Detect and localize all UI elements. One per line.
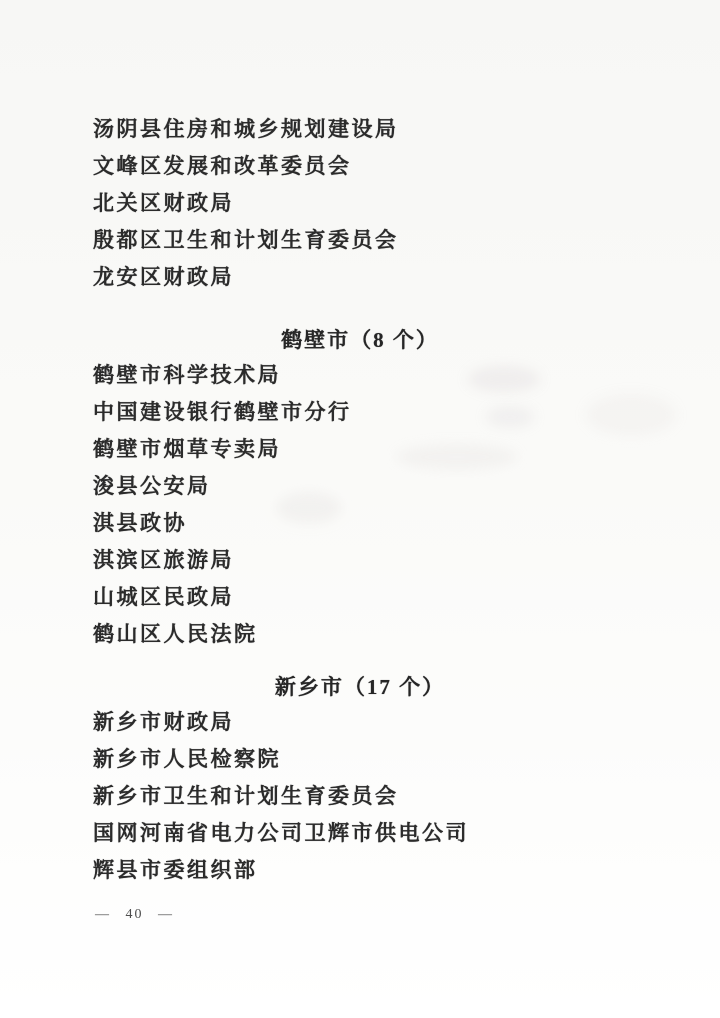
document-page: 汤阴县住房和城乡规划建设局 文峰区发展和改革委员会 北关区财政局 殷都区卫生和计…: [0, 0, 720, 1018]
page-number: — 40 —: [95, 906, 174, 924]
org-list-item: 辉县市委组织部: [93, 859, 720, 881]
org-list-item: 淇滨区旅游局: [93, 549, 720, 571]
section-heading-xinxiang: 新乡市（17 个）: [0, 675, 720, 699]
org-list-item: 国网河南省电力公司卫辉市供电公司: [93, 822, 720, 844]
org-list-item: 中国建设银行鹤壁市分行: [93, 401, 720, 423]
org-list-item: 龙安区财政局: [93, 266, 720, 288]
org-list-item: 新乡市财政局: [93, 711, 720, 733]
org-list-item: 鹤山区人民法院: [93, 623, 720, 645]
org-list-item: 鹤壁市科学技术局: [93, 364, 720, 386]
org-list-item: 浚县公安局: [93, 475, 720, 497]
document-body: 汤阴县住房和城乡规划建设局 文峰区发展和改革委员会 北关区财政局 殷都区卫生和计…: [0, 0, 720, 881]
org-list-item: 北关区财政局: [93, 192, 720, 214]
org-list-item: 新乡市人民检察院: [93, 748, 720, 770]
org-list-item: 汤阴县住房和城乡规划建设局: [93, 118, 720, 140]
section-heading-hebi: 鹤壁市（8 个）: [0, 328, 720, 352]
org-list-item: 殷都区卫生和计划生育委员会: [93, 229, 720, 251]
org-list-item: 山城区民政局: [93, 586, 720, 608]
org-list-item: 新乡市卫生和计划生育委员会: [93, 785, 720, 807]
org-list-item: 鹤壁市烟草专卖局: [93, 438, 720, 460]
org-list-item: 文峰区发展和改革委员会: [93, 155, 720, 177]
org-list-item: 淇县政协: [93, 512, 720, 534]
